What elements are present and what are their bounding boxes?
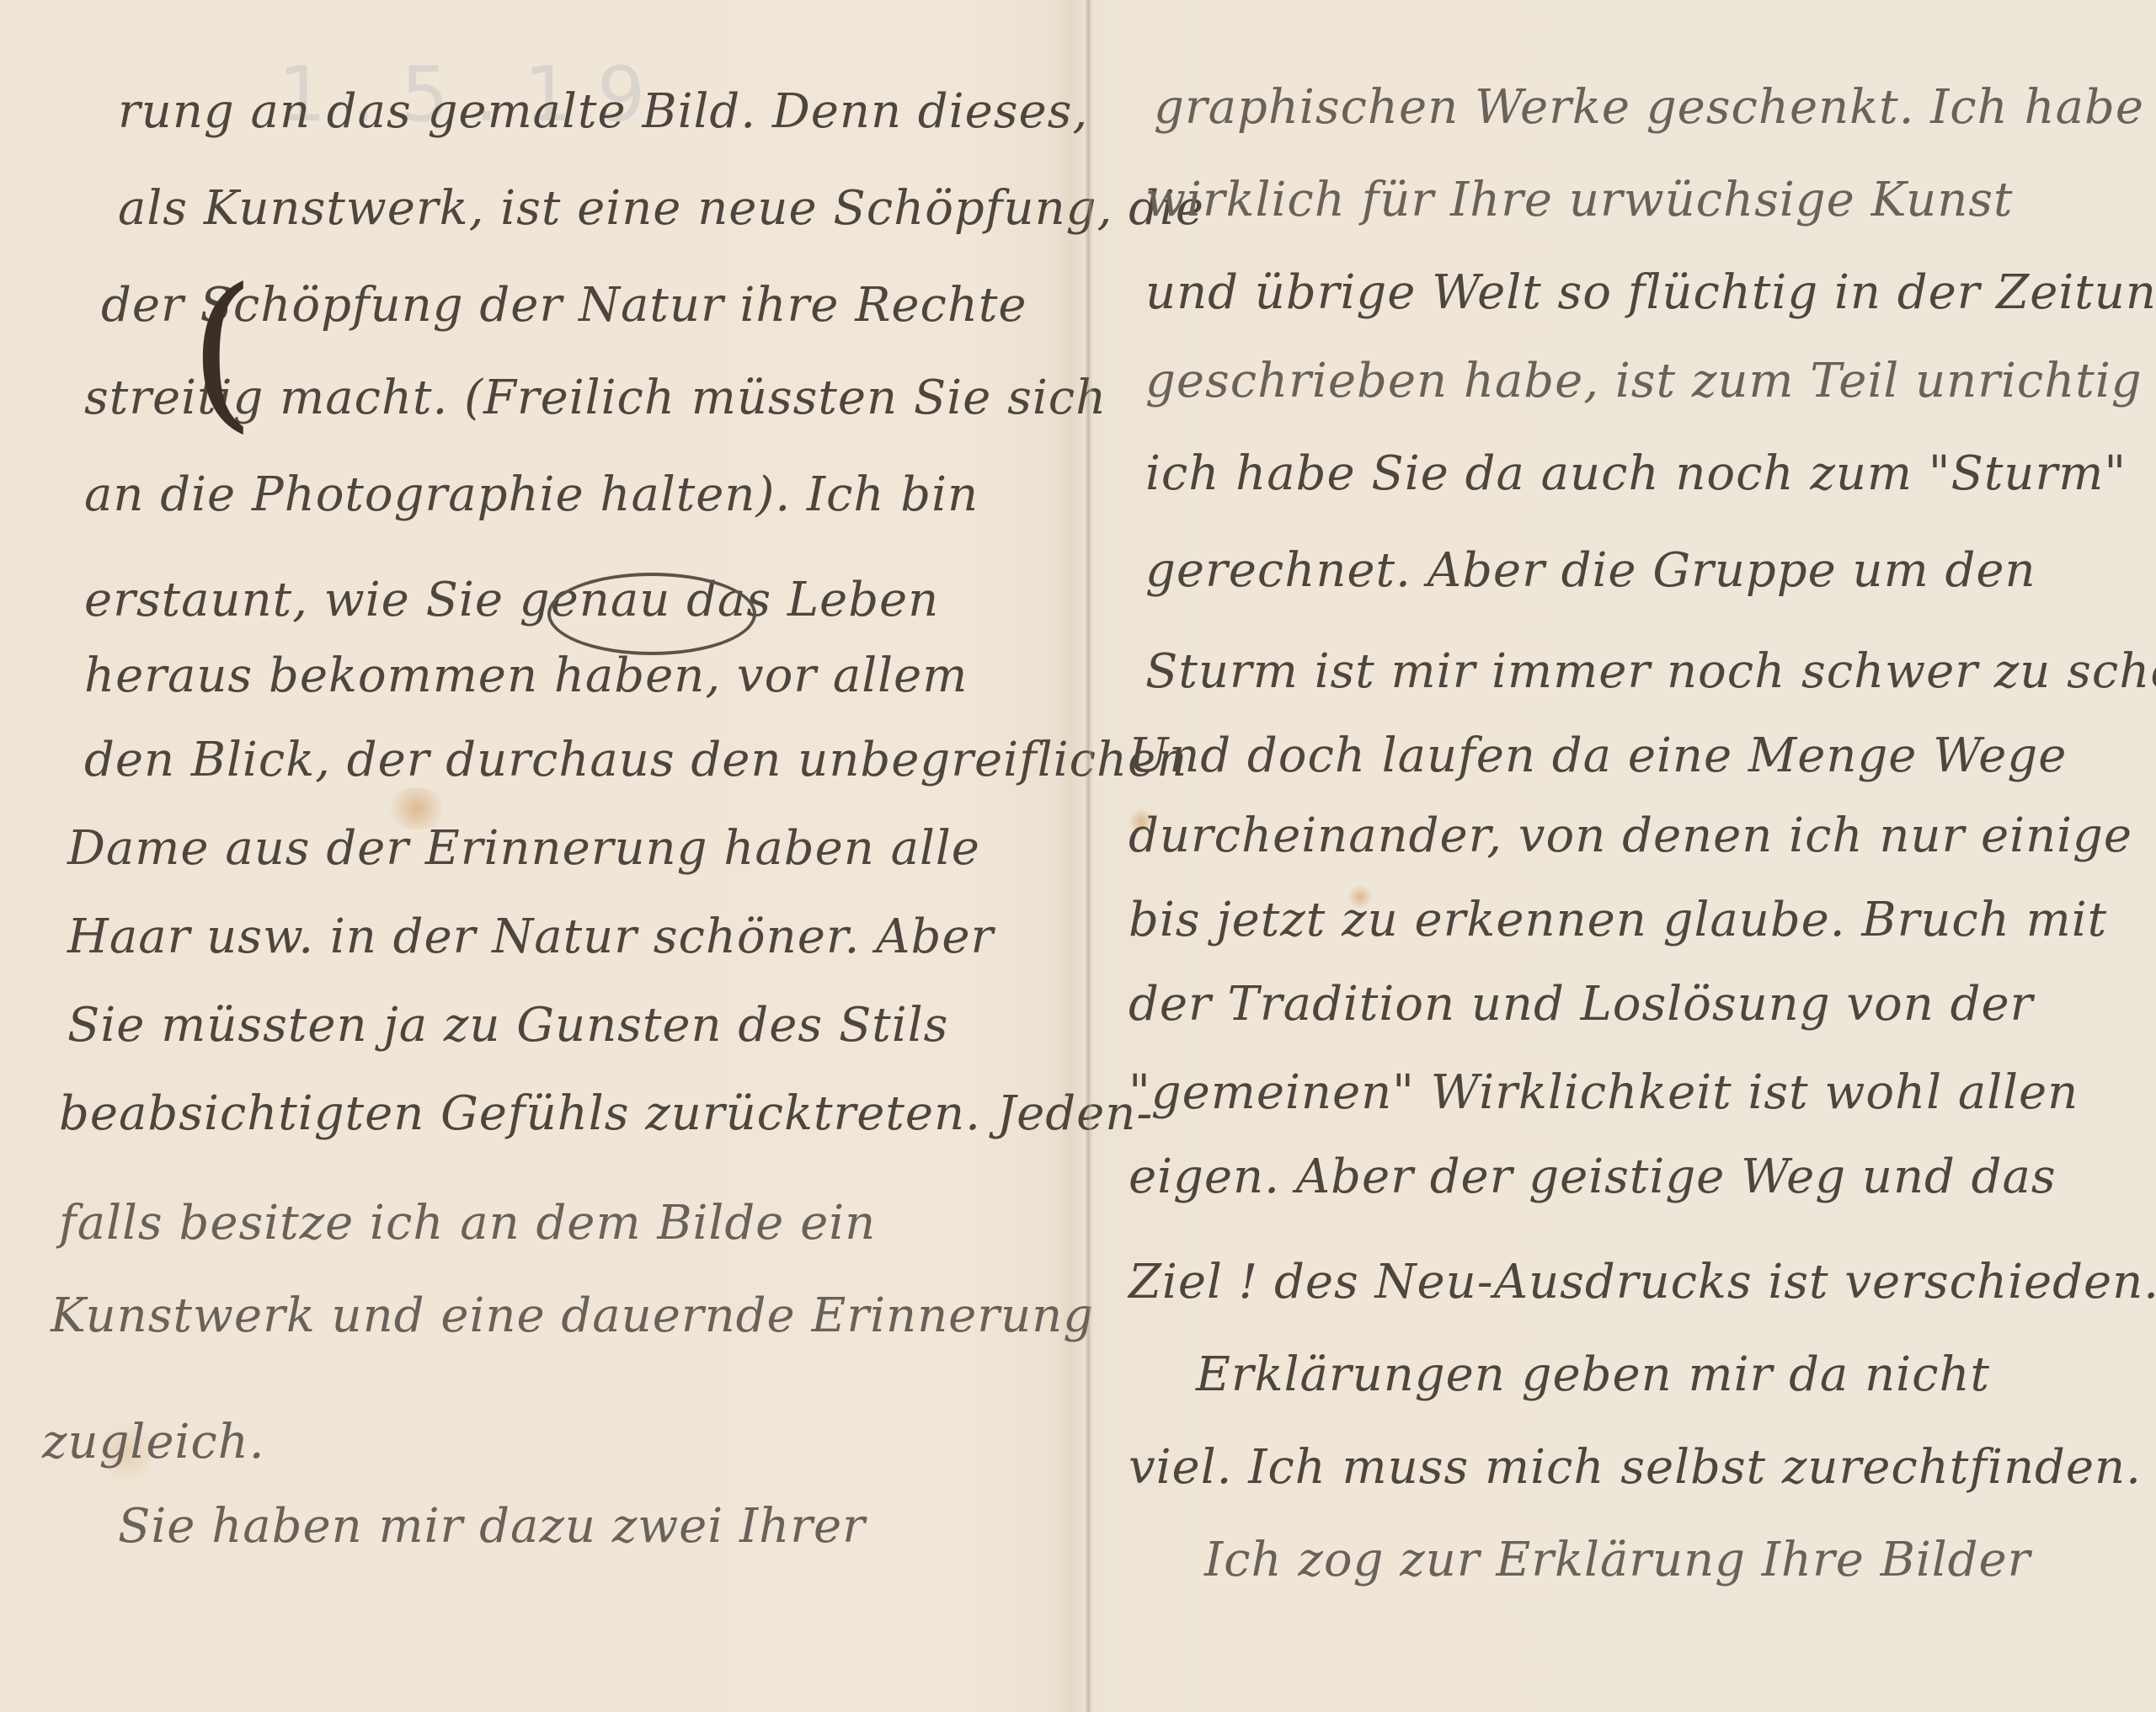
handwritten-line: viel. Ich muss mich selbst zurechtfinden… bbox=[1129, 1440, 2142, 1495]
handwritten-line: graphischen Werke geschenkt. Ich habe bbox=[1154, 80, 2144, 135]
right-page: graphischen Werke geschenkt. Ich habe wi… bbox=[1095, 0, 2156, 1712]
handwritten-line: "gemeinen" Wirklichkeit ist wohl allen bbox=[1129, 1065, 2079, 1120]
handwritten-line: zugleich. bbox=[42, 1415, 265, 1469]
handwritten-line: als Kunstwerk, ist eine neue Schöpfung, … bbox=[118, 181, 1204, 236]
handwritten-line: Ziel ! des Neu-Ausdrucks ist verschieden… bbox=[1129, 1255, 2156, 1309]
handwritten-line: geschrieben habe, ist zum Teil unrichtig bbox=[1145, 354, 2143, 408]
handwritten-line: durcheinander, von denen ich nur einige bbox=[1129, 808, 2132, 863]
handwritten-line: Erklärungen geben mir da nicht bbox=[1196, 1347, 1990, 1402]
handwritten-line: an die Photographie halten). Ich bin bbox=[84, 467, 979, 522]
handwritten-line: Sturm ist mir immer noch schwer zu schei… bbox=[1145, 644, 2156, 699]
ink-parenthesis: ( bbox=[189, 253, 255, 449]
handwritten-line: beabsichtigten Gefühls zurücktreten. Jed… bbox=[59, 1086, 1153, 1141]
handwritten-line: Haar usw. in der Natur schöner. Aber bbox=[67, 909, 994, 964]
handwritten-line: Dame aus der Erinnerung haben alle bbox=[67, 821, 980, 876]
handwritten-line: Sie haben mir dazu zwei Ihrer bbox=[118, 1499, 866, 1554]
handwritten-line: und übrige Welt so flüchtig in der Zeitu… bbox=[1145, 265, 2156, 320]
handwritten-line: Ich zog zur Erklärung Ihre Bilder bbox=[1204, 1533, 2031, 1587]
handwritten-line: Und doch laufen da eine Menge Wege bbox=[1129, 728, 2067, 783]
page-fold bbox=[1085, 0, 1093, 1712]
handwritten-line: ich habe Sie da auch noch zum "Sturm" bbox=[1145, 446, 2127, 501]
handwritten-line: erstaunt, wie Sie genau das Leben bbox=[84, 573, 939, 627]
handwritten-line: eigen. Aber der geistige Weg und das bbox=[1129, 1149, 2057, 1204]
handwritten-line: Sie müssten ja zu Gunsten des Stils bbox=[67, 998, 948, 1053]
letter-spread: 1.5.19 rung an das gemalte Bild. Denn di… bbox=[0, 0, 2156, 1712]
ink-circle-annotation bbox=[547, 573, 756, 655]
handwritten-line: bis jetzt zu erkennen glaube. Bruch mit bbox=[1129, 893, 2107, 947]
handwritten-line: falls besitze ich an dem Bilde ein bbox=[59, 1196, 876, 1251]
handwritten-line: den Blick, der durchaus den unbegreiflic… bbox=[84, 733, 1187, 787]
handwritten-line: heraus bekommen haben, vor allem bbox=[84, 648, 968, 703]
handwritten-line: der Tradition und Loslösung von der bbox=[1129, 977, 2033, 1032]
handwritten-line: Kunstwerk und eine dauernde Erinnerung bbox=[51, 1288, 1094, 1343]
left-page: rung an das gemalte Bild. Denn dieses, a… bbox=[0, 0, 1088, 1712]
handwritten-line: rung an das gemalte Bild. Denn dieses, bbox=[118, 84, 1088, 139]
handwritten-line: gerechnet. Aber die Gruppe um den bbox=[1145, 543, 2036, 598]
handwritten-line: wirklich für Ihre urwüchsige Kunst bbox=[1145, 173, 2014, 227]
